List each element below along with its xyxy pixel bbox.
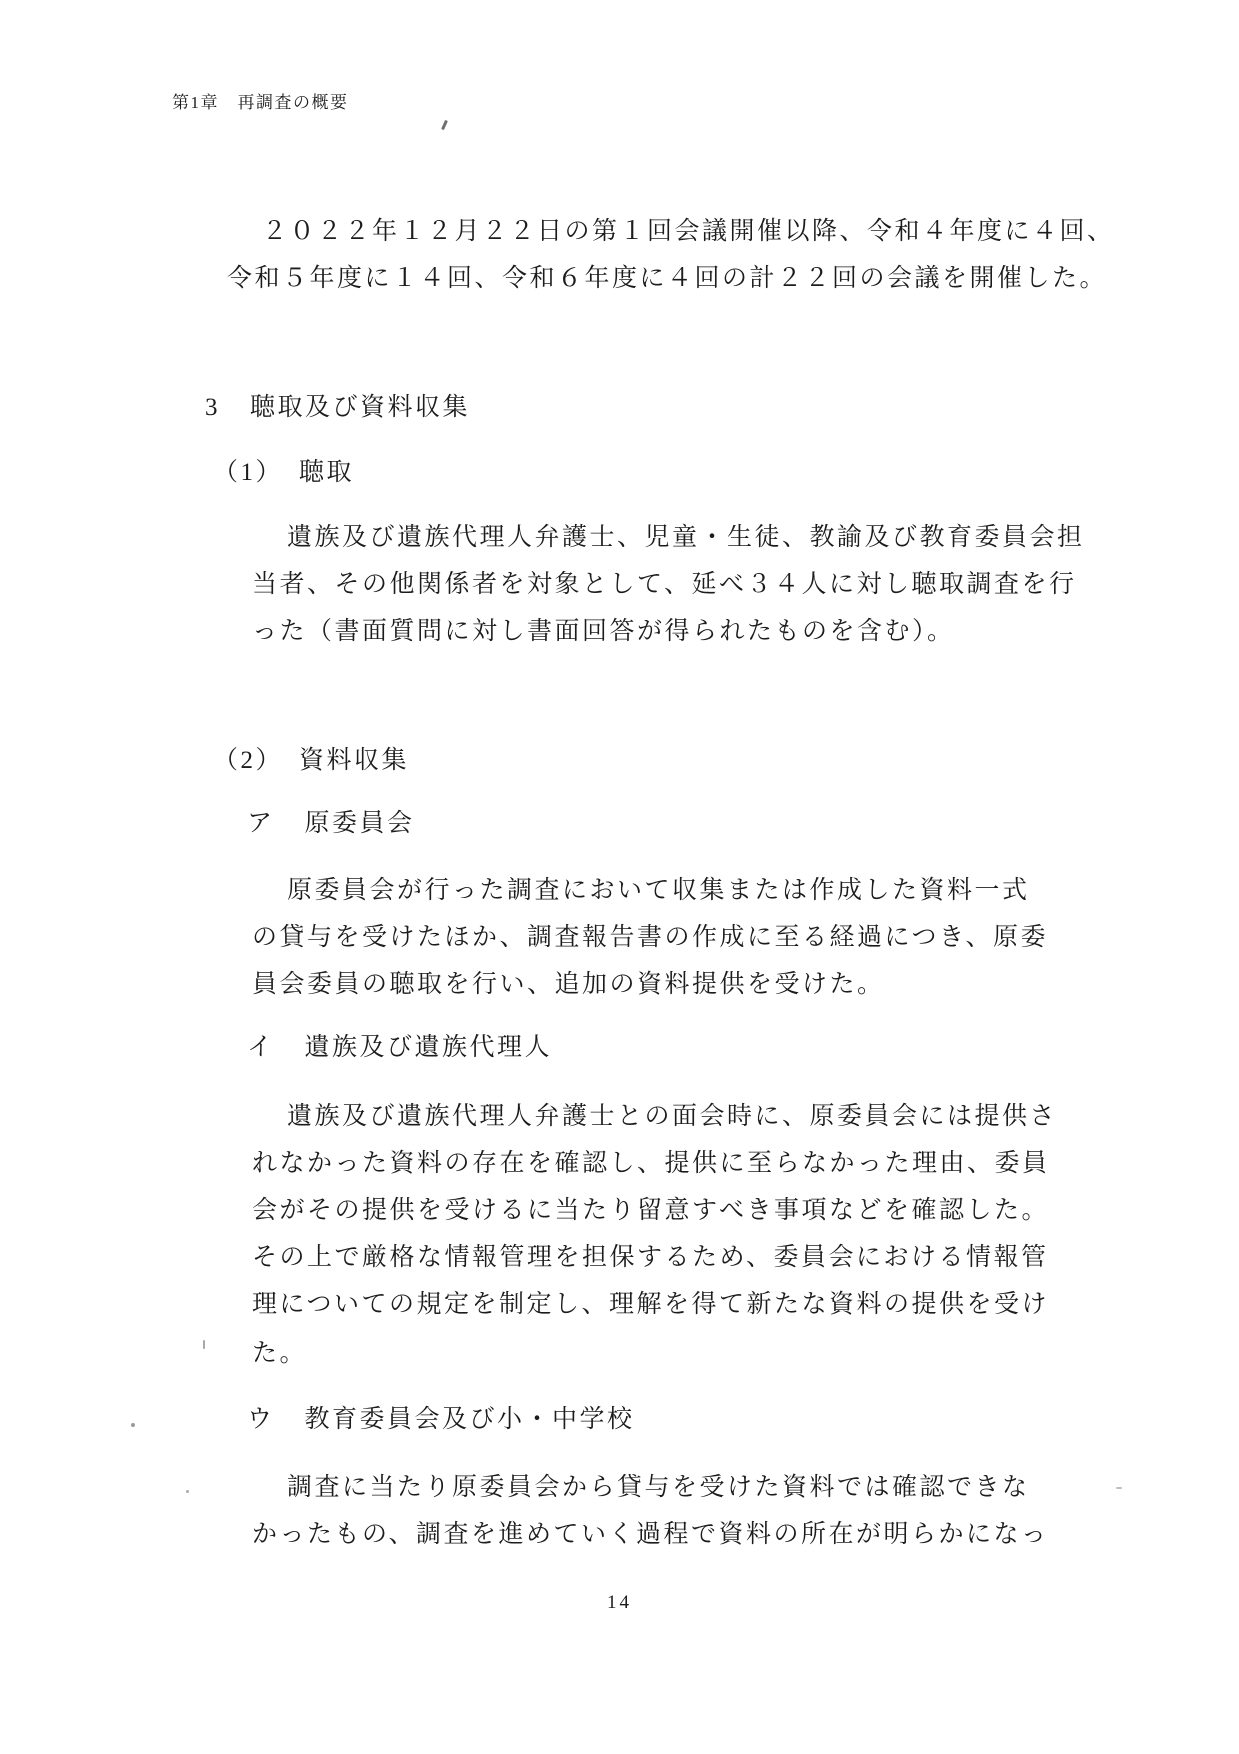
paragraph-line: った（書面質問に対し書面回答が得られたものを含む）。 (252, 615, 955, 649)
paragraph-line: 会がその提供を受けるに当たり留意すべき事項などを確認した。 (252, 1194, 1049, 1228)
document-page: 第1章 再調査の概要 ２０２２年１２月２２日の第１回会議開催以降、令和４年度に４… (0, 0, 1239, 1754)
section-number: 3 (205, 391, 220, 425)
item-heading: イ 遺族及び遺族代理人 (247, 1031, 552, 1065)
paragraph-line: 当者、その他関係者を対象として、延べ３４人に対し聴取調査を行 (252, 568, 1077, 602)
scan-artifact (441, 120, 448, 130)
subsection-title: 聴取 (299, 456, 354, 490)
subsection-label: （1） (213, 456, 283, 490)
item-label: イ (247, 1031, 275, 1065)
scan-artifact (203, 1340, 205, 1349)
item-title: 教育委員会及び小・中学校 (305, 1403, 635, 1437)
paragraph-line: 遺族及び遺族代理人弁護士、児童・生徒、教諭及び教育委員会担 (287, 521, 1085, 555)
subsection-heading: （1） 聴取 (213, 456, 354, 490)
item-label: ウ (247, 1403, 275, 1437)
paragraph-line: 遺族及び遺族代理人弁護士との面会時に、原委員会には提供さ (287, 1100, 1057, 1134)
paragraph-line: 原委員会が行った調査において収集または作成した資料一式 (287, 874, 1030, 908)
item-label: ア (247, 807, 275, 841)
scan-artifact (1116, 1487, 1122, 1489)
section-heading: 3 聴取及び資料収集 (205, 391, 470, 425)
subsection-label: （2） (213, 744, 283, 778)
paragraph-line: 理についての規定を制定し、理解を得て新たな資料の提供を受け (252, 1288, 1049, 1322)
scan-artifact (186, 1490, 189, 1493)
item-heading: ウ 教育委員会及び小・中学校 (247, 1403, 635, 1437)
chapter-header: 第1章 再調査の概要 (172, 88, 349, 113)
item-heading: ア 原委員会 (247, 807, 415, 841)
page-number: 14 (0, 1592, 1239, 1614)
paragraph-line: 令和５年度に１４回、令和６年度に４回の計２２回の会議を開催した。 (227, 262, 1107, 296)
paragraph-line: かったもの、調査を進めていく過程で資料の所在が明らかになっ (252, 1518, 1049, 1552)
paragraph-line: その上で厳格な情報管理を担保するため、委員会における情報管 (252, 1241, 1049, 1275)
section-title: 聴取及び資料収集 (250, 391, 470, 425)
paragraph-line: の貸与を受けたほか、調査報告書の作成に至る経過につき、原委 (252, 921, 1048, 955)
subsection-title: 資料収集 (299, 744, 409, 778)
scan-artifact (131, 1423, 135, 1427)
paragraph-line: ２０２２年１２月２２日の第１回会議開催以降、令和４年度に４回、 (262, 215, 1115, 249)
paragraph-line: た。 (252, 1337, 307, 1371)
paragraph-line: れなかった資料の存在を確認し、提供に至らなかった理由、委員 (252, 1147, 1050, 1181)
item-title: 原委員会 (305, 807, 415, 841)
paragraph-line: 員会委員の聴取を行い、追加の資料提供を受けた。 (252, 968, 885, 1002)
item-title: 遺族及び遺族代理人 (305, 1031, 553, 1065)
subsection-heading: （2） 資料収集 (213, 744, 409, 778)
paragraph-line: 調査に当たり原委員会から貸与を受けた資料では確認できな (287, 1471, 1030, 1505)
